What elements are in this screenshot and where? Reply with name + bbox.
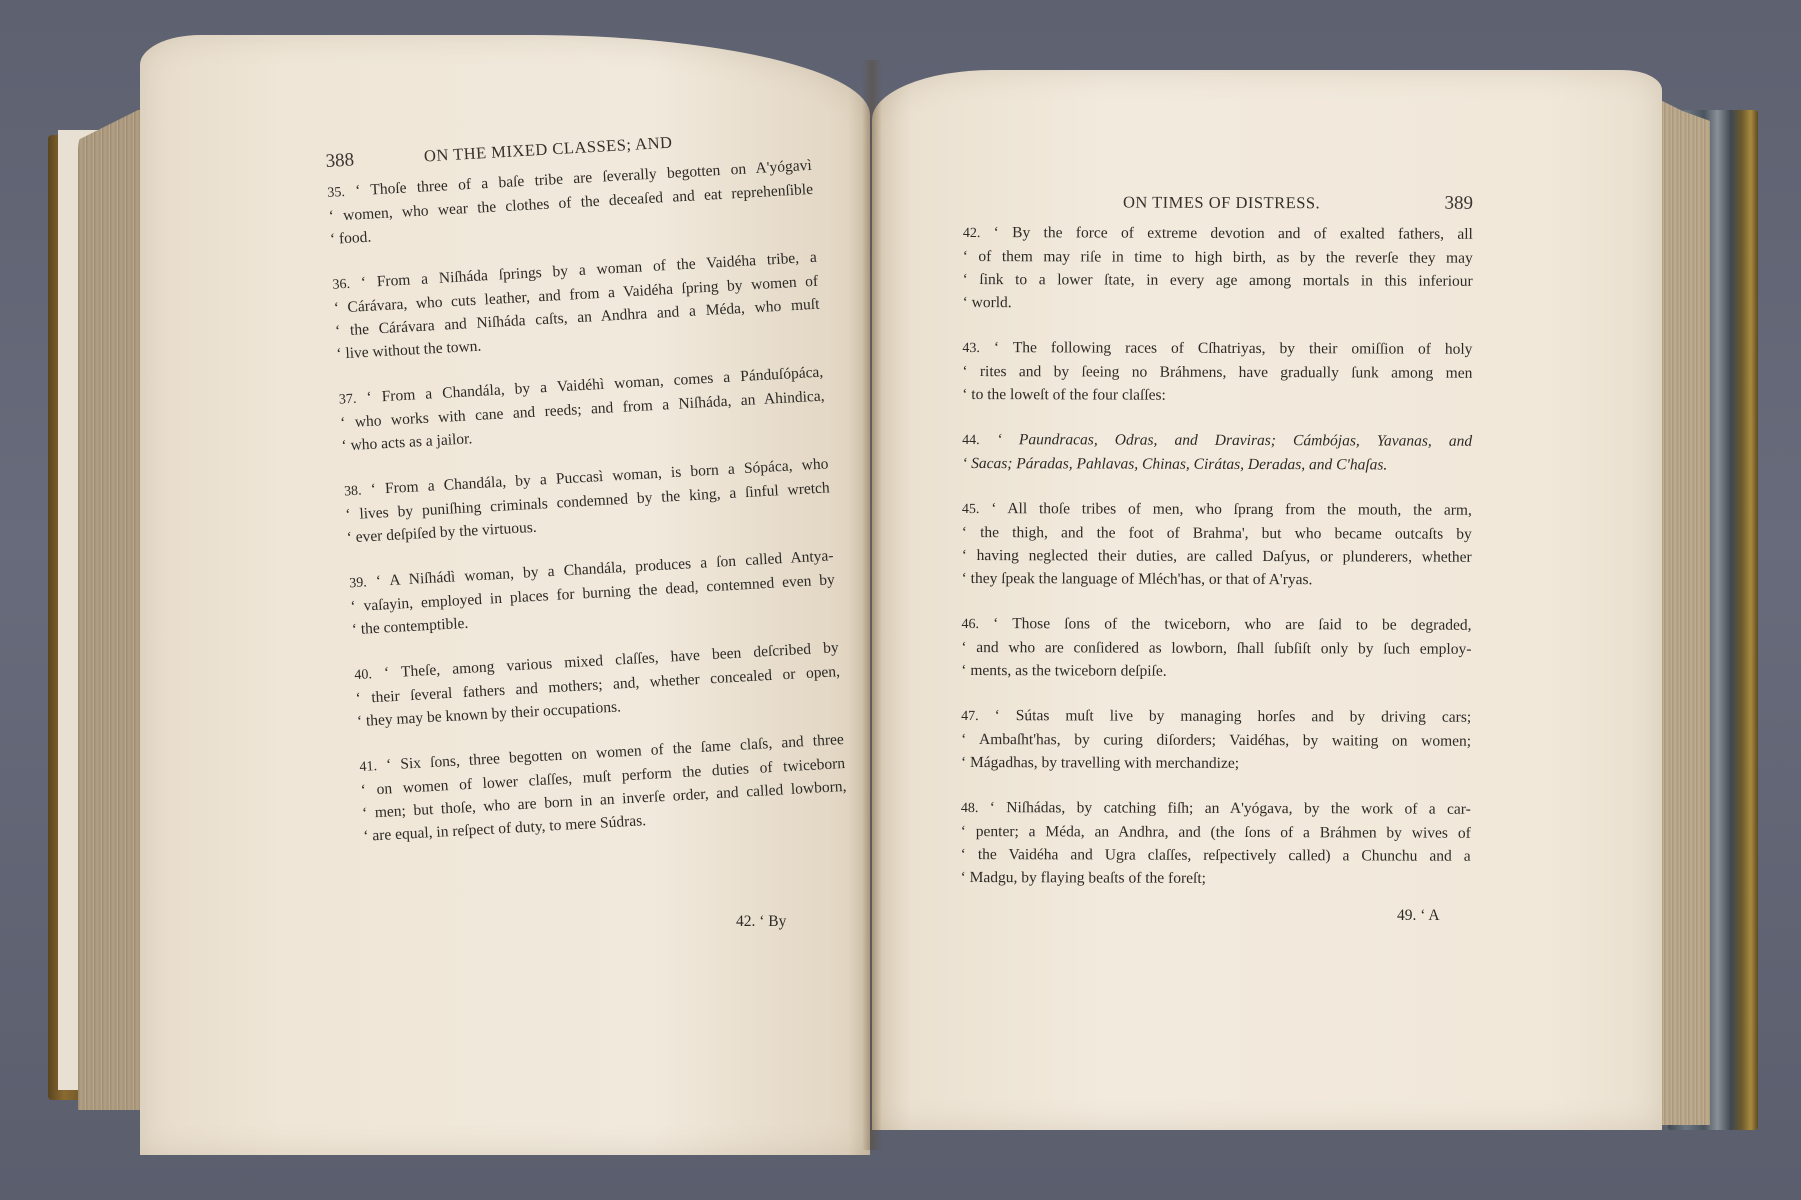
- verse-line: ‘ Sacas; Páradas, Pahlavas, Chinas, Cirá…: [962, 455, 1387, 473]
- verse-number: 43.: [962, 341, 980, 356]
- verse-line: ‘ Niſhádas, by catching fiſh; an A'yógav…: [990, 799, 1471, 818]
- verse-number: 46.: [961, 617, 979, 632]
- verse-number: 41.: [359, 759, 377, 775]
- book-photo: 388 ON THE MIXED CLASSES; AND 35. ‘ Thoſ…: [0, 0, 1801, 1200]
- verse-line: ‘ to the loweſt of the four claſſes:: [962, 386, 1166, 404]
- verse-number: 47.: [961, 709, 979, 724]
- catchword-right: 49. ‘ A: [1397, 907, 1440, 925]
- verse-38: 38. ‘ From a Chandála, by a Puccasì woma…: [343, 452, 831, 549]
- verse-number: 40.: [354, 667, 372, 683]
- verse-line: ‘ the contemptible.: [351, 615, 468, 638]
- verse-line: ‘ Madgu, by flaying beaſts of the foreſt…: [961, 869, 1206, 887]
- verse-44: 44. ‘ Paundracas, Odras, and Draviras; C…: [962, 428, 1472, 477]
- verse-line: ‘ Paundracas, Odras, and Draviras; Cámbó…: [997, 431, 1472, 450]
- verse-48: 48. ‘ Niſhádas, by catching fiſh; an A'y…: [961, 796, 1471, 891]
- verse-37: 37. ‘ From a Chandála, by a Vaidéhì woma…: [338, 361, 826, 458]
- verse-number: 42.: [963, 226, 981, 241]
- verse-line: ‘ Ambaſht'has, by curing diſorders; Vaid…: [961, 731, 1471, 750]
- verse-line: ‘ and who are conſidered as lowborn, ſha…: [961, 639, 1471, 658]
- verse-line: ‘ they ſpeak the language of Mléch'has, …: [962, 570, 1313, 588]
- verse-number: 37.: [339, 392, 357, 408]
- verse-line: ‘ the thigh, and the foot of Brahma', bu…: [962, 524, 1472, 543]
- verse-45: 45. ‘ All thoſe tribes of men, who ſpran…: [962, 497, 1472, 592]
- left-page-text: 388 ON THE MIXED CLASSES; AND 35. ‘ Thoſ…: [325, 123, 849, 870]
- verse-number: 36.: [332, 277, 350, 293]
- verse-line: ‘ the Vaidéha and Ugra claſſes, reſpecti…: [961, 846, 1471, 865]
- verse-43: 43. ‘ The following races of Cſhatriyas,…: [962, 336, 1472, 408]
- verse-36: 36. ‘ From a Niſháda ſprings by a woman …: [332, 246, 821, 366]
- verse-number: 45.: [962, 502, 980, 517]
- verse-47: 47. ‘ Sútas muſt live by managing horſes…: [961, 704, 1471, 776]
- right-running-head: ON TIMES OF DISTRESS. 389: [963, 190, 1473, 215]
- verse-line: ‘ rites and by ſeeing no Bráhmens, have …: [962, 363, 1472, 382]
- verse-line: ‘ The following races of Cſhatriyas, by …: [994, 339, 1473, 358]
- page-number-right: 389: [1444, 192, 1473, 215]
- verse-line: ‘ All thoſe tribes of men, who ſprang fr…: [991, 500, 1472, 519]
- page-number-left: 388: [325, 148, 355, 173]
- verse-46: 46. ‘ Those ſons of the twiceborn, who a…: [961, 612, 1471, 684]
- verse-line: ‘ food.: [330, 229, 372, 248]
- verse-line: ‘ world.: [963, 294, 1012, 311]
- verse-line: ‘ ſink to a lower ſtate, in every age am…: [963, 271, 1473, 290]
- verse-number: 35.: [327, 185, 345, 201]
- verse-line: ‘ who acts as a jailor.: [341, 430, 473, 454]
- verse-line: ‘ Those ſons of the twiceborn, who are ſ…: [993, 615, 1471, 634]
- verse-line: ‘ having neglected their duties, are cal…: [962, 547, 1472, 566]
- verse-line: ‘ penter; a Méda, an Andhra, and (the ſo…: [961, 823, 1471, 842]
- verse-41: 41. ‘ Six ſons, three begotten on women …: [359, 728, 848, 848]
- verse-42: 42. ‘ By the force of extreme devotion a…: [963, 221, 1473, 316]
- book-gutter: [862, 60, 882, 1150]
- catchword-left: 42. ‘ By: [736, 913, 786, 931]
- verse-line: ‘ live without the town.: [336, 338, 482, 363]
- verse-39: 39. ‘ A Niſhádì woman, by a Chandála, pr…: [349, 544, 837, 641]
- verse-number: 39.: [349, 575, 367, 591]
- verse-line: ‘ By the force of extreme devotion and o…: [994, 224, 1473, 243]
- running-head-title-right: ON TIMES OF DISTRESS.: [1123, 191, 1320, 215]
- right-page-text: ON TIMES OF DISTRESS. 389 42. ‘ By the f…: [960, 190, 1473, 913]
- verse-line: ‘ Mágadhas, by travelling with merchandi…: [961, 754, 1239, 772]
- verse-number: 48.: [961, 801, 979, 816]
- verse-line: ‘ of them may riſe in time to high birth…: [963, 248, 1473, 267]
- verse-number: 38.: [344, 484, 362, 500]
- verse-number: 44.: [962, 433, 980, 448]
- verse-40: 40. ‘ Theſe, among various mixed claſſes…: [354, 636, 842, 733]
- verse-line: ‘ ments, as the twiceborn deſpiſe.: [961, 662, 1166, 680]
- verse-line: ‘ Sútas muſt live by managing horſes and…: [995, 707, 1472, 726]
